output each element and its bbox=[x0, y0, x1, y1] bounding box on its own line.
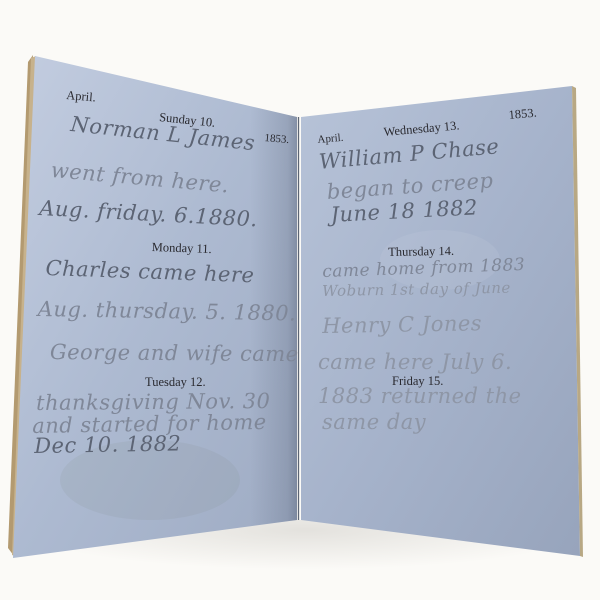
handwritten-line: Henry C Jones bbox=[322, 311, 482, 338]
right-page-year: 1853. bbox=[508, 106, 537, 123]
left-page-year: 1853. bbox=[264, 132, 290, 146]
handwritten-line: 1883 returned the bbox=[318, 384, 522, 408]
entry-heading-monday: Monday 11. bbox=[151, 240, 211, 257]
handwritten-line: Dec 10. 1882 bbox=[34, 431, 182, 458]
left-page-month: April. bbox=[66, 88, 97, 106]
diary-photo: April. Sunday 10. 1853. Norman L James w… bbox=[0, 0, 600, 600]
handwritten-line: Woburn 1st day of June bbox=[322, 279, 511, 300]
handwritten-line: Aug. thursday. 5. 1880. bbox=[38, 297, 297, 326]
handwritten-line: George and wife came bbox=[50, 340, 299, 366]
right-page-month: April. bbox=[317, 132, 344, 146]
entry-heading-tuesday: Tuesday 12. bbox=[145, 375, 206, 390]
handwritten-line: same day bbox=[322, 410, 426, 434]
handwritten-line: came here July 6. bbox=[318, 350, 512, 374]
